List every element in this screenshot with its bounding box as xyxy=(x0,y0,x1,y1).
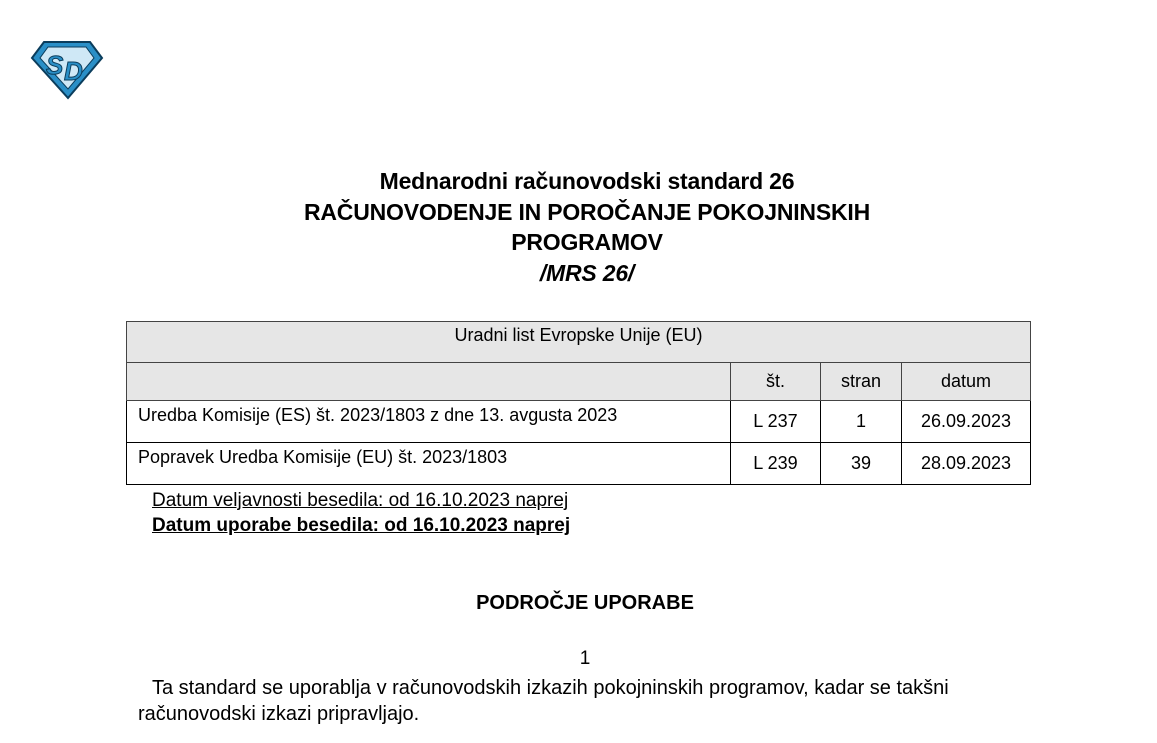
validity-dates: Datum veljavnosti besedila: od 16.10.202… xyxy=(152,488,570,538)
header-cell-blank xyxy=(127,363,731,401)
page-number: 1 xyxy=(821,401,902,443)
title-line-1: Mednarodni računovodski standard 26 xyxy=(0,166,1157,197)
journal-number: L 237 xyxy=(731,401,821,443)
paragraph-number: 1 xyxy=(0,648,1157,670)
document-title: Mednarodni računovodski standard 26 RAČU… xyxy=(0,166,1157,288)
journal-number: L 239 xyxy=(731,443,821,485)
table-caption: Uradni list Evropske Unije (EU) xyxy=(127,322,1031,363)
section-heading: PODROČJE UPORABE xyxy=(0,592,1157,615)
svg-text:S: S xyxy=(46,50,64,80)
application-date: Datum uporabe besedila: od 16.10.2023 na… xyxy=(152,513,570,538)
title-line-3: PROGRAMOV xyxy=(0,227,1157,258)
validity-date: Datum veljavnosti besedila: od 16.10.202… xyxy=(152,488,570,513)
table-row: Uredba Komisije (ES) št. 2023/1803 z dne… xyxy=(127,401,1031,443)
title-line-4: /MRS 26/ xyxy=(0,258,1157,289)
sd-logo-icon: S D xyxy=(30,40,104,100)
title-line-2: RAČUNOVODENJE IN POROČANJE POKOJNINSKIH xyxy=(0,197,1157,228)
svg-text:D: D xyxy=(64,56,83,86)
header-cell-page: stran xyxy=(821,363,902,401)
official-journal-table: Uradni list Evropske Unije (EU) št. stra… xyxy=(126,321,1031,485)
publication-date: 26.09.2023 xyxy=(902,401,1031,443)
page-number: 39 xyxy=(821,443,902,485)
header-cell-date: datum xyxy=(902,363,1031,401)
regulation-name: Uredba Komisije (ES) št. 2023/1803 z dne… xyxy=(127,401,731,443)
table-row: Popravek Uredba Komisije (EU) št. 2023/1… xyxy=(127,443,1031,485)
regulation-name: Popravek Uredba Komisije (EU) št. 2023/1… xyxy=(127,443,731,485)
publication-date: 28.09.2023 xyxy=(902,443,1031,485)
header-cell-number: št. xyxy=(731,363,821,401)
paragraph-text: Ta standard se uporablja v računovodskih… xyxy=(138,675,1038,727)
